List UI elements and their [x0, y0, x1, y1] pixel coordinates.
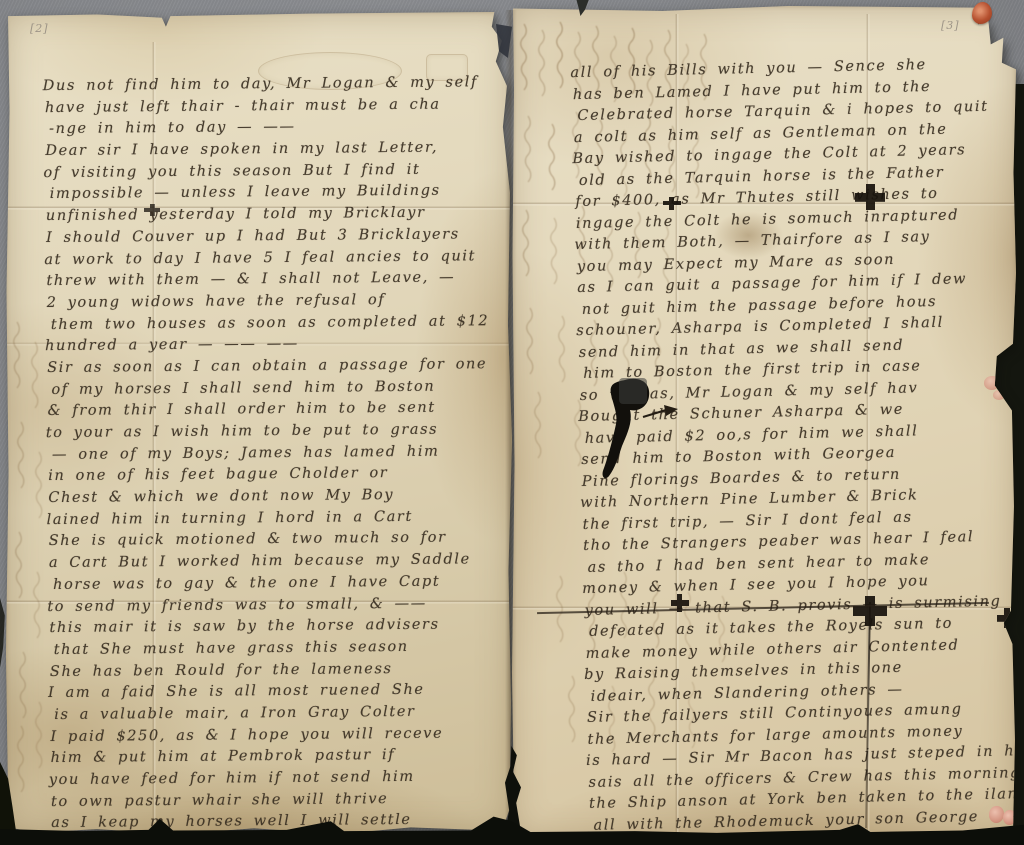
- wax-residue: [984, 376, 1000, 390]
- handwriting-block-left: Dus not find him to day, Mr Logan & my s…: [45, 74, 512, 834]
- letter-page-left-wrap: [2] Dus not find him to day, Mr Logan &: [6, 12, 512, 834]
- arrow-mark: [641, 404, 681, 422]
- ink-blot: [597, 376, 657, 486]
- page-gap-shadow: [505, 10, 517, 820]
- wax-residue: [1003, 810, 1016, 825]
- letter-page-left: [2] Dus not find him to day, Mr Logan &: [6, 12, 512, 834]
- letter-page-right: [3]: [511, 6, 1016, 840]
- page-number-marker-right: [3]: [941, 19, 960, 32]
- fold-cross-mark: [997, 608, 1016, 628]
- fold-cross-mark: [855, 184, 885, 210]
- fold-cross-mark: [663, 197, 681, 210]
- page-number-marker-left: [2]: [30, 22, 49, 35]
- letter-scan: [2] Dus not find him to day, Mr Logan &: [0, 0, 1024, 845]
- letter-page-right-wrap: [3]: [511, 6, 1016, 840]
